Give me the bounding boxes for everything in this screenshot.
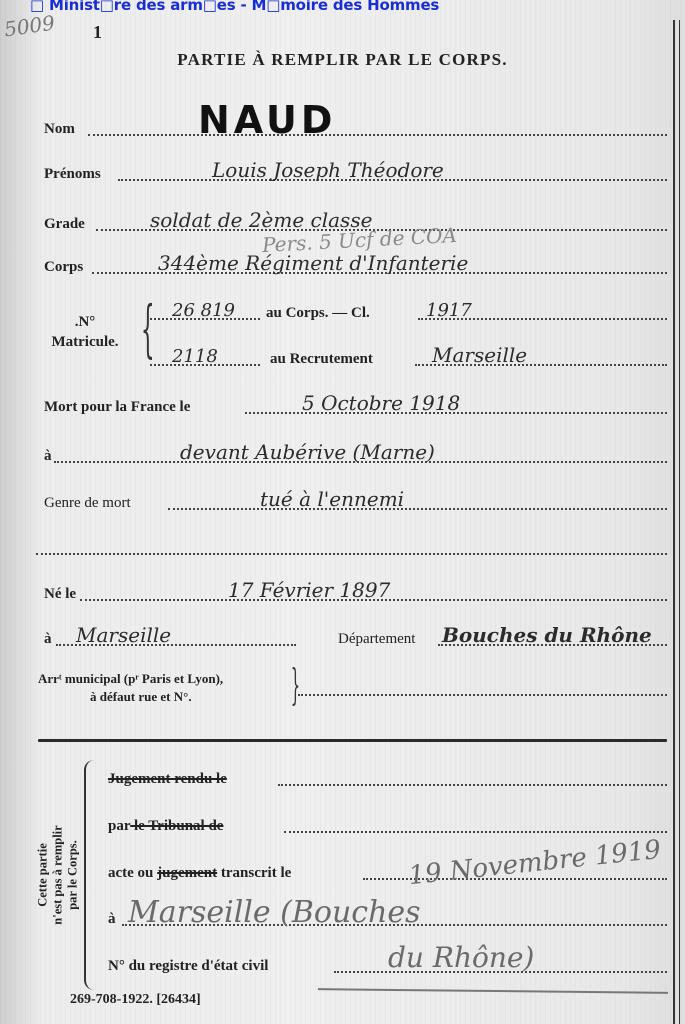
field-ne-le: Né le 17 Février 1897	[40, 583, 667, 605]
mort-le-label: Mort pour la France le	[44, 399, 190, 416]
margin-reference-number: 5009	[3, 11, 57, 42]
matricule-corps-value: 26 819	[172, 300, 235, 321]
ne-a-value: Marseille	[76, 623, 171, 647]
side-note: Cette partie n'est pas à remplir par le …	[28, 760, 88, 990]
matricule-corps-label: au Corps. — Cl.	[266, 305, 370, 322]
mort-a-label: à	[44, 448, 52, 465]
field-mort-le: Mort pour la France le 5 Octobre 1918	[40, 396, 667, 418]
mort-a-value: devant Aubérive (Marne)	[180, 440, 435, 464]
field-tribunal: par le Tribunal de	[108, 815, 667, 837]
page-border-right-outer	[679, 20, 680, 1024]
transcrit-label: acte ou jugement transcrit le	[108, 865, 291, 882]
dotted-line	[298, 694, 667, 696]
page-border-right	[673, 20, 675, 1024]
field-registre: N° du registre d'état civil du Rhône)	[108, 955, 667, 977]
registre-value: du Rhône)	[388, 941, 534, 974]
tribunal-label-struck: le Tribunal de	[130, 818, 223, 834]
jugement-label: Jugement rendu le	[108, 771, 227, 788]
form-title: PARTIE À REMPLIR PAR LE CORPS.	[0, 50, 685, 70]
field-matricule-corps: 26 819 au Corps. — Cl. 1917	[150, 302, 667, 324]
matricule-label: .N° Matricule.	[40, 312, 130, 352]
matricule-label-line2: Matricule.	[40, 332, 130, 352]
grade-label: Grade	[44, 216, 85, 233]
field-corps: Corps 344ème Régiment d'Infanterie	[40, 256, 667, 278]
arr-municipal-label-line1: Arrᵗ municipal (pʳ Paris et Lyon),	[38, 671, 223, 687]
matricule-recrutement-value: 2118	[172, 346, 218, 367]
nom-value: NAUD	[198, 98, 336, 142]
mort-le-value: 5 Octobre 1918	[302, 391, 460, 415]
section-divider	[38, 739, 667, 742]
genre-mort-label: Genre de mort	[44, 495, 131, 512]
field-jugement: Jugement rendu le	[108, 768, 667, 790]
source-watermark: □ Minist□re des arm□es - M□moire des Hom…	[30, 0, 439, 14]
genre-mort-value: tué à l'ennemi	[260, 487, 404, 511]
arr-municipal-label-line2: à défaut rue et N°.	[90, 689, 192, 705]
ne-le-label: Né le	[44, 586, 76, 603]
transcrit-a-label: à	[108, 911, 116, 928]
departement-value: Bouches du Rhône	[442, 623, 652, 647]
nom-label: Nom	[44, 121, 75, 138]
field-mort-a: à devant Aubérive (Marne)	[40, 445, 667, 467]
matricule-recrutement-label: au Recrutement	[270, 351, 373, 368]
transcrit-label-suffix: transcrit le	[217, 865, 291, 881]
field-genre-mort: Genre de mort tué à l'ennemi	[40, 492, 667, 514]
matricule-label-line1: .N°	[40, 312, 130, 332]
recrutement-place-value: Marseille	[432, 343, 527, 367]
document-page: □ Minist□re des arm□es - M□moire des Hom…	[0, 0, 685, 1024]
departement-label: Département	[338, 631, 415, 648]
margin-mark: 1	[93, 22, 102, 43]
hand-stroke	[318, 988, 668, 994]
section2-brace	[84, 760, 96, 990]
dotted-line	[284, 831, 667, 833]
ne-a-label: à	[44, 631, 52, 648]
side-note-line1: Cette partie	[36, 760, 51, 990]
dotted-line	[278, 784, 667, 786]
dotted-line	[88, 134, 667, 136]
registre-label: N° du registre d'état civil	[108, 958, 268, 975]
transcrit-label-prefix: acte ou	[108, 865, 157, 881]
corps-label: Corps	[44, 259, 83, 276]
field-ne-a: à Marseille Département Bouches du Rhône	[40, 628, 667, 650]
tribunal-label: par le Tribunal de	[108, 818, 223, 835]
classe-value: 1917	[426, 300, 472, 321]
field-arr-municipal	[298, 678, 667, 700]
field-matricule-recrutement: 2118 au Recrutement Marseille	[150, 348, 667, 370]
transcrit-value: 19 Novembre 1919	[407, 835, 662, 891]
prenoms-value: Louis Joseph Théodore	[212, 158, 444, 182]
ne-le-value: 17 Février 1897	[228, 578, 390, 602]
field-nom: Nom NAUD	[40, 118, 667, 140]
field-transcrit: acte ou jugement transcrit le 19 Novembr…	[108, 862, 667, 884]
transcrit-label-struck: jugement	[157, 865, 217, 881]
tribunal-label-prefix: par	[108, 818, 130, 834]
blank-line	[40, 537, 667, 559]
dotted-line	[36, 553, 667, 555]
field-transcrit-a: à Marseille (Bouches	[108, 908, 667, 930]
prenoms-label: Prénoms	[44, 166, 101, 183]
side-note-line2: n'est pas à remplir	[51, 760, 66, 990]
transcrit-a-value: Marseille (Bouches	[128, 895, 421, 930]
field-prenoms: Prénoms Louis Joseph Théodore	[40, 163, 667, 185]
print-code: 269-708-1922. [26434]	[70, 992, 201, 1008]
side-note-line3: par le Corps.	[66, 760, 81, 990]
dotted-line	[168, 508, 667, 510]
corps-value: 344ème Régiment d'Infanterie	[158, 251, 468, 275]
